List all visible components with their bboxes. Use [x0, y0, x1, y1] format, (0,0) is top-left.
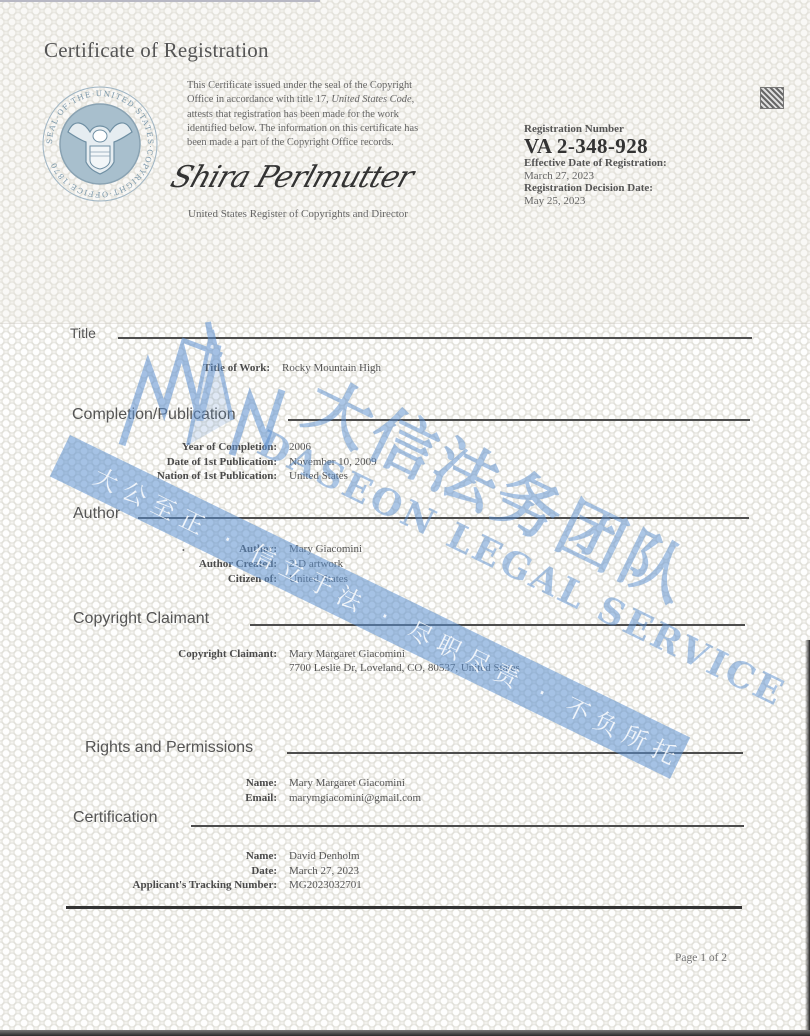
field-value: 2-D artwork [289, 558, 343, 571]
section-heading-rights: Rights and Permissions [85, 739, 253, 757]
field-value: Rocky Mountain High [282, 362, 381, 375]
scan-edge-bottom [0, 1030, 810, 1036]
section-divider [287, 752, 743, 754]
intro-code-ref: United States Code, [331, 94, 414, 105]
section-heading-title: Title [70, 325, 96, 341]
field-label: Copyright Claimant: [49, 648, 289, 661]
certificate-intro: This Certificate issued under the seal o… [187, 79, 487, 150]
field-value: 7700 Leslie Dr, Loveland, CO, 80537, Uni… [289, 662, 520, 675]
page-number: Page 1 of 2 [675, 952, 727, 964]
field-value: 2006 [289, 441, 311, 454]
field-row: Applicant's Tracking Number: MG202303270… [49, 879, 362, 892]
certificate-title: Certificate of Registration [44, 38, 269, 63]
field-row: Date of 1st Publication: November 10, 20… [49, 456, 377, 469]
closing-divider [66, 906, 742, 909]
section-divider [191, 825, 744, 827]
field-row: Name: David Denholm [49, 850, 360, 863]
eagle-seal-icon: SEAL·OF·THE·UNITED·STATES·COPYRIGHT·OFFI… [40, 84, 160, 204]
field-label: Date: [49, 865, 289, 878]
field-label [49, 662, 289, 675]
field-label: Date of 1st Publication: [49, 456, 289, 469]
field-value: November 10, 2009 [289, 456, 377, 469]
intro-line: attests that registration has been made … [187, 108, 487, 122]
field-row: Name: Mary Margaret Giacomini [49, 777, 405, 790]
field-row: Title of Work: Rocky Mountain High [42, 362, 381, 375]
intro-text: Office in accordance with title 17, [187, 94, 331, 105]
sword-book-logo-icon [122, 322, 282, 455]
field-value: MG2023032701 [289, 879, 362, 892]
field-label: Year of Completion: [49, 441, 289, 454]
paper-fold-line [0, 323, 810, 324]
field-label: Name: [49, 850, 289, 863]
decision-date-label: Registration Decision Date: [524, 182, 667, 195]
watermark-chinese: 大信法务团队 [293, 365, 704, 618]
field-label: Email: [49, 792, 289, 805]
section-heading-completion: Completion/Publication [72, 406, 236, 424]
section-divider [118, 337, 752, 339]
field-value: David Denholm [289, 850, 360, 863]
section-divider [288, 419, 750, 421]
field-row: Citizen of: United States [49, 573, 348, 586]
field-value: Mary Giacomini [289, 543, 362, 556]
2d-barcode-icon [760, 87, 784, 109]
scan-edge-top [0, 0, 320, 2]
field-label: Applicant's Tracking Number: [49, 879, 289, 892]
field-value: Mary Margaret Giacomini [289, 648, 405, 661]
scan-edge-right [805, 640, 810, 1036]
section-heading-certification: Certification [73, 809, 157, 827]
section-divider [138, 517, 749, 519]
effective-date-label: Effective Date of Registration: [524, 157, 667, 170]
field-label: Title of Work: [42, 362, 282, 375]
signatory-title: United States Register of Copyrights and… [188, 208, 408, 220]
field-row: Year of Completion: 2006 [49, 441, 311, 454]
field-value: Mary Margaret Giacomini [289, 777, 405, 790]
field-row: Author: Mary Giacomini [49, 543, 362, 556]
field-label: Author Created: [49, 558, 289, 571]
field-value: United States [289, 470, 348, 483]
field-label: Author: [49, 543, 289, 556]
section-divider [250, 624, 745, 626]
field-label: Name: [49, 777, 289, 790]
field-value: March 27, 2023 [289, 865, 359, 878]
effective-date: March 27, 2023 [524, 170, 667, 182]
field-label: Nation of 1st Publication: [49, 470, 289, 483]
field-row: Date: March 27, 2023 [49, 865, 359, 878]
field-row: Email: marymgiacomini@gmail.com [49, 792, 421, 805]
field-row: 7700 Leslie Dr, Loveland, CO, 80537, Uni… [49, 662, 520, 675]
field-label: Citizen of: [49, 573, 289, 586]
field-row: Copyright Claimant: Mary Margaret Giacom… [49, 648, 405, 661]
section-heading-author: Author [73, 505, 120, 523]
section-heading-claimant: Copyright Claimant [73, 610, 209, 628]
field-value: United States [289, 573, 348, 586]
field-row: Author Created: 2-D artwork [49, 558, 343, 571]
intro-line: This Certificate issued under the seal o… [187, 79, 487, 93]
register-signature: Shira Perlmutter [166, 160, 417, 195]
registration-number: VA 2-348-928 [524, 135, 667, 157]
intro-line: Office in accordance with title 17, Unit… [187, 93, 487, 107]
field-row: Nation of 1st Publication: United States [49, 470, 348, 483]
registration-info: Registration Number VA 2-348-928 Effecti… [524, 123, 667, 207]
field-value: marymgiacomini@gmail.com [289, 792, 421, 805]
decision-date: May 25, 2023 [524, 195, 667, 207]
intro-line: been made a part of the Copyright Office… [187, 136, 487, 150]
intro-line: identified below. The information on thi… [187, 122, 487, 136]
